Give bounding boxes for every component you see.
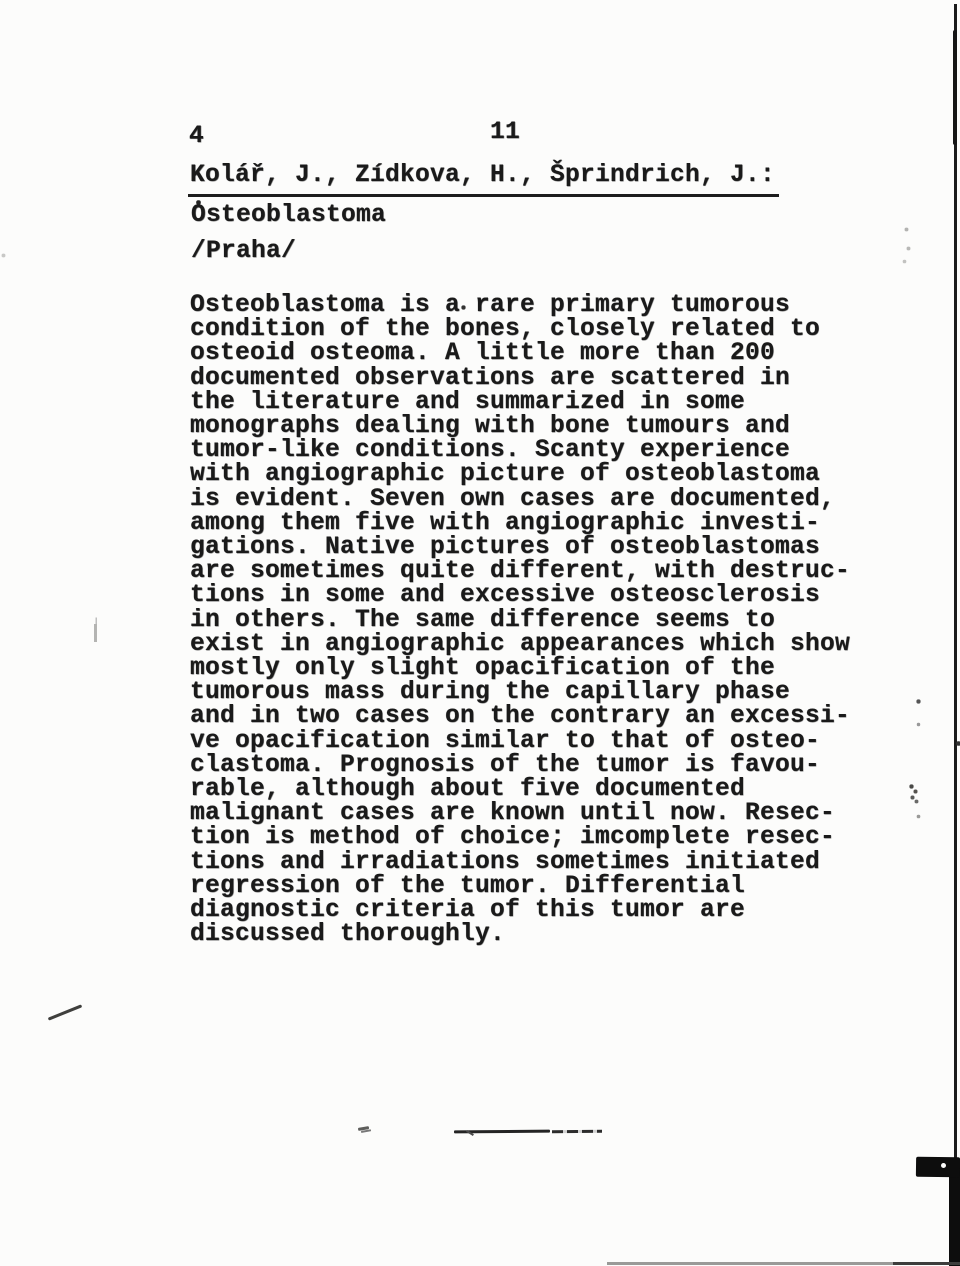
article-title: Osteoblastoma <box>191 204 386 229</box>
margin-slash-mark <box>48 1004 83 1020</box>
small-squiggle-mark <box>358 1126 369 1130</box>
scanned-document-page: 4 11 Kolář, J., Zídkova, H., Šprindrich,… <box>0 0 960 1266</box>
ink-blob-white-dot <box>941 1163 946 1168</box>
scan-edge-line-right <box>954 4 957 1266</box>
page-number-left: 4 <box>189 125 204 150</box>
handwritten-dash-line-broken <box>552 1129 602 1132</box>
article-authors-heading: Kolář, J., Zídkova, H., Šprindrich, J.: <box>188 164 779 197</box>
page-number-center: 11 <box>490 121 520 146</box>
scan-edge-bar-bottom-right <box>949 1162 960 1266</box>
scan-line-bottom-dark <box>893 1262 960 1265</box>
abstract-text: Osteoblastoma is a rare primary tumorous… <box>190 294 850 947</box>
ink-specks <box>0 0 3 3</box>
article-location: /Praha/ <box>191 240 296 265</box>
margin-faint-mark <box>94 624 97 642</box>
scan-edge-line-right-thick <box>953 30 957 145</box>
ink-blob-bottom-right <box>916 1157 960 1178</box>
